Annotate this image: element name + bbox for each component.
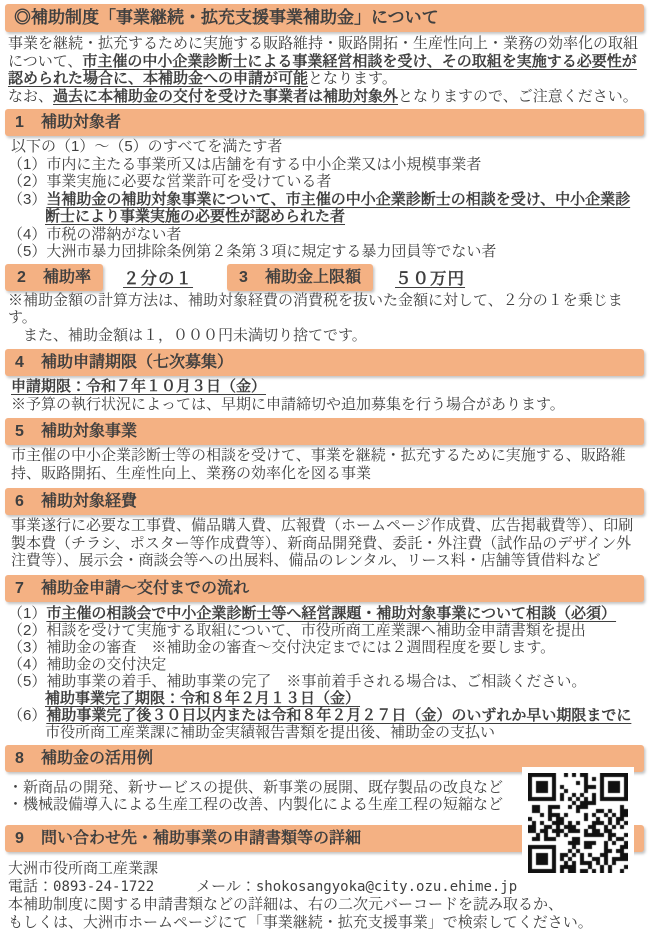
step-text: 補助金の審査 ※補助金の審査～交付決定までには２週間程度を要します。 [46, 639, 555, 656]
contact-line: 電話：0893-24-1722メール：shokosangyoka@city.oz… [8, 878, 641, 896]
section-number: 1 [15, 112, 41, 133]
section-number: 9 [15, 828, 41, 849]
step-text: 補助金の交付決定 [46, 656, 166, 673]
flow-step-4: （4）補助金の交付決定 [8, 656, 641, 673]
step-label: （4） [8, 656, 46, 673]
step-text-emphasis: 市主催の相談会で中小企業診断士等へ経営課題・補助対象事業について相談（必須） [46, 605, 616, 622]
flow-step-1: （1）市主催の相談会で中小企業診断士等へ経営課題・補助対象事業について相談（必須… [8, 605, 641, 622]
tel-number: 0893-24-1722 [53, 879, 154, 895]
section-heading: 問い合わせ先・補助事業の申請書類等の詳細 [41, 830, 361, 847]
subsidy-rate-value: ２分の１ [123, 265, 193, 289]
eligible-expenses-text: 事業遂行に必要な工事費、備品購入費、広報費（ホームページ作成費、広告掲載費等）、… [8, 517, 641, 570]
application-deadline: 申請期限：令和７年１０月３日（金） [11, 378, 266, 395]
flow-step-5-deadline: 補助事業完了期限：令和８年２月１３日（金） [45, 690, 641, 707]
eligibility-item-5: （5）大洲市暴力団排除条例第２条第３項に規定する暴力団員等でない者 [8, 243, 641, 261]
completion-deadline: 補助事業完了期限：令和８年２月１３日（金） [45, 690, 360, 707]
deadline-note: ※予算の執行状況によっては、早期に申請締切や追加募集を行う場合があります。 [8, 396, 641, 414]
section-heading: 補助金の活用例 [41, 750, 153, 767]
section-4-header: 4補助申請期限（七次募集） [5, 349, 644, 376]
eligible-business-text: 市主催の中小企業診断士等の相談を受けて、事業を継続・拡充するために実施する、販路… [8, 447, 641, 482]
contact-note-line: もしくは、大洲市ホームページにて「事業継続・拡充支援事業」で検索してください。 [8, 914, 641, 932]
rate-calculation-note: ※補助金額の計算方法は、補助対象経費の消費税を抜いた金額に対して、２分の１を乗じ… [5, 292, 644, 345]
item-text-emphasis: 当補助金の補助対象事業について、市主催の中小企業診断士の相談を受け、中小企業診断… [45, 191, 630, 226]
tel-label: 電話： [8, 878, 53, 895]
mail-label: メール： [196, 878, 256, 895]
subsidy-cap-value: ５０万円 [395, 265, 465, 289]
rate-and-cap-row: 2補助率 ２分の１ 3補助金上限額 ５０万円 [5, 263, 644, 292]
section-heading: 補助申請期限（七次募集） [41, 354, 233, 371]
document-title-band: ◎補助制度「事業継続・拡充支援事業補助金」について [5, 4, 644, 32]
section-heading: 補助金申請～交付までの流れ [41, 580, 249, 597]
section-2-header: 2補助率 [5, 264, 103, 291]
intro-text: なお、 [8, 88, 53, 105]
eligibility-item-3: （3）当補助金の補助対象事業について、市主催の中小企業診断士の相談を受け、中小企… [8, 191, 641, 226]
section-3-header: 3補助金上限額 [227, 264, 373, 291]
section-5-body: 市主催の中小企業診断士等の相談を受けて、事業を継続・拡充するために実施する、販路… [5, 447, 644, 482]
item-label: （2） [8, 173, 46, 190]
item-label: （3） [8, 191, 46, 208]
eligibility-item-4: （4）市税の滞納がない者 [8, 226, 641, 244]
section-6-body: 事業遂行に必要な工事費、備品購入費、広報費（ホームページ作成費、広告掲載費等）、… [5, 517, 644, 570]
step-label: （3） [8, 639, 46, 656]
section-heading: 補助率 [43, 269, 91, 286]
section-number: 2 [17, 267, 43, 288]
step-text-emphasis: 補助事業完了後３０日以内または令和８年２月２７日（金）のいずれか早い期限までに [46, 707, 631, 724]
note-line: また、補助金額は１，０００円未満切り捨てです。 [8, 327, 641, 345]
eligibility-item-2: （2）事業実施に必要な営業許可を受けている者 [8, 173, 641, 191]
item-text: 事業実施に必要な営業許可を受けている者 [46, 173, 331, 190]
intro-text-block: 事業を継続・拡充するために実施する販路維持・販路開拓・生産性向上・業務の効率化の… [8, 35, 641, 88]
item-label: （1） [8, 156, 46, 173]
flow-step-3: （3）補助金の審査 ※補助金の審査～交付決定までには２週間程度を要します。 [8, 639, 641, 656]
flow-step-5: （5）補助事業の着手、補助事業の完了 ※事前着手される場合は、ご相談ください。 [8, 673, 641, 690]
section-number: 6 [15, 491, 41, 512]
eligibility-item-1: （1）市内に主たる事業所又は店舗を有する中小企業又は小規模事業者 [8, 156, 641, 174]
document-title: ◎補助制度「事業継続・拡充支援事業補助金」について [14, 8, 439, 27]
section-1-body: 以下の（1）～（5）のすべてを満たす者 （1）市内に主たる事業所又は店舗を有する… [5, 138, 644, 261]
qr-code-image [528, 773, 628, 873]
section-4-body: 申請期限：令和７年１０月３日（金） ※予算の執行状況によっては、早期に申請締切や… [5, 378, 644, 413]
mail-address: shokosangyoka@city.ozu.ehime.jp [256, 879, 517, 895]
intro-caution-line: なお、過去に本補助金の交付を受けた事業者は補助対象外となりますので、ご注意くださ… [8, 88, 641, 106]
step-label: （5） [8, 673, 46, 690]
intro-text: となります。 [308, 70, 397, 87]
note-line: ※補助金額の計算方法は、補助対象経費の消費税を抜いた金額に対して、２分の１を乗じ… [8, 292, 641, 327]
step-label: （1） [8, 605, 46, 622]
intro-text: となりますので、ご注意ください。 [398, 88, 638, 105]
step-text: 相談を受けて実施する取組について、市役所商工産業課へ補助金申請書類を提出 [46, 622, 585, 639]
step-text: 補助事業の着手、補助事業の完了 ※事前着手される場合は、ご相談ください。 [46, 673, 586, 690]
section-7-body: （1）市主催の相談会で中小企業診断士等へ経営課題・補助対象事業について相談（必須… [5, 605, 644, 741]
item-text: 大洲市暴力団排除条例第２条第３項に規定する暴力団員等でない者 [46, 243, 496, 260]
section-7-header: 7補助金申請～交付までの流れ [5, 575, 644, 602]
flow-step-2: （2）相談を受けて実施する取組について、市役所商工産業課へ補助金申請書類を提出 [8, 622, 641, 639]
intro-paragraph: 事業を継続・拡充するために実施する販路維持・販路開拓・生産性向上・業務の効率化の… [5, 35, 644, 105]
section-heading: 補助金上限額 [265, 269, 361, 286]
subsidy-flyer-page: ◎補助制度「事業継続・拡充支援事業補助金」について 事業を継続・拡充するために実… [0, 0, 649, 938]
intro-caution-emphasis: 過去に本補助金の交付を受けた事業者は補助対象外 [53, 88, 398, 105]
section-heading: 補助対象者 [41, 114, 121, 131]
section-1-header: 1補助対象者 [5, 109, 644, 136]
section-number: 5 [15, 421, 41, 442]
section-number: 8 [15, 748, 41, 769]
section-number: 3 [239, 267, 265, 288]
step-label: （2） [8, 622, 46, 639]
item-label: （5） [8, 243, 46, 260]
section-heading: 補助対象事業 [41, 423, 137, 440]
section-6-header: 6補助対象経費 [5, 488, 644, 515]
section-number: 4 [15, 352, 41, 373]
step-label: （6） [8, 707, 46, 724]
section-number: 7 [15, 578, 41, 599]
flow-step-6-continuation: 市役所商工産業課に補助金実績報告書類を提出後、補助金の支払い [45, 724, 641, 741]
qr-code [522, 767, 634, 879]
eligibility-lead: 以下の（1）～（5）のすべてを満たす者 [8, 138, 641, 156]
section-heading: 補助対象経費 [41, 493, 137, 510]
item-label: （4） [8, 226, 46, 243]
item-text: 市内に主たる事業所又は店舗を有する中小企業又は小規模事業者 [46, 156, 481, 173]
item-text: 市税の滞納がない者 [46, 226, 181, 243]
contact-note-line: 本補助制度に関する申請書類などの詳細は、右の二次元バーコードを読み取るか、 [8, 896, 641, 914]
flow-step-6: （6）補助事業完了後３０日以内または令和８年２月２７日（金）のいずれか早い期限ま… [8, 707, 641, 724]
section-5-header: 5補助対象事業 [5, 418, 644, 445]
